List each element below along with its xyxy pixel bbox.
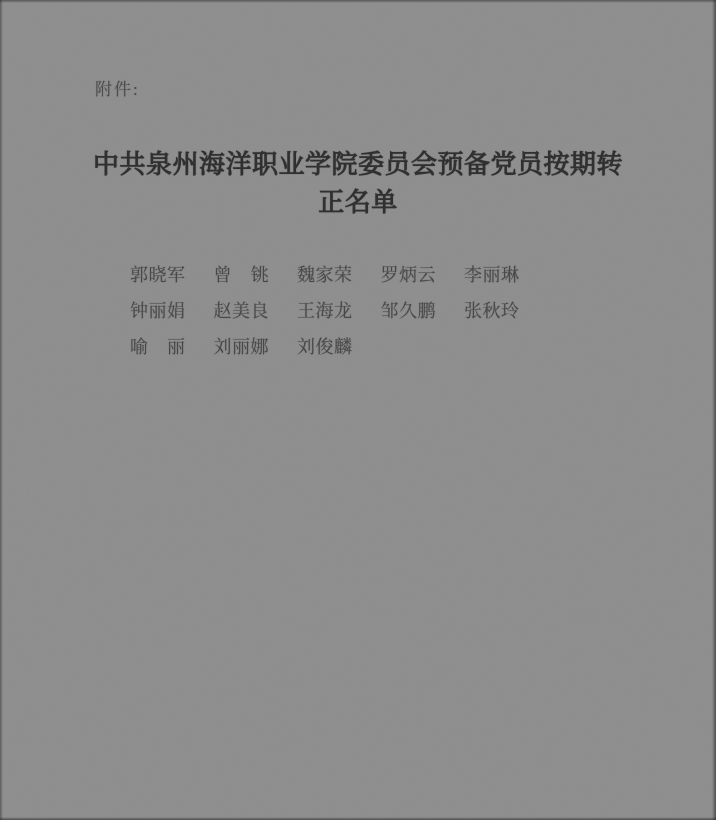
member-name: 钟丽娟 bbox=[130, 297, 186, 323]
document-page: 附件: 中共泉州海洋职业学院委员会预备党员按期转 正名单 郭晓军 曾 铫 魏家荣… bbox=[0, 0, 716, 820]
name-row: 喻 丽 刘丽娜 刘俊麟 bbox=[130, 328, 548, 364]
name-row: 郭晓军 曾 铫 魏家荣 罗炳云 李丽琳 bbox=[130, 256, 548, 292]
member-name: 邹久鹏 bbox=[381, 297, 437, 323]
member-name: 罗炳云 bbox=[381, 261, 437, 287]
attachment-label: 附件: bbox=[95, 79, 140, 100]
name-row: 钟丽娟 赵美良 王海龙 邹久鹏 张秋玲 bbox=[130, 292, 548, 328]
scan-edge-left bbox=[0, 0, 3, 820]
member-name: 赵美良 bbox=[214, 297, 270, 323]
document-title: 中共泉州海洋职业学院委员会预备党员按期转 正名单 bbox=[0, 146, 716, 222]
scan-edge-right bbox=[712, 0, 716, 820]
member-name: 郭晓军 bbox=[130, 261, 186, 287]
member-name: 王海龙 bbox=[297, 297, 353, 323]
scan-edge-top bbox=[0, 0, 716, 3]
member-name: 刘俊麟 bbox=[297, 333, 353, 359]
member-name: 喻 丽 bbox=[130, 333, 186, 359]
member-name: 李丽琳 bbox=[464, 261, 520, 287]
document-title-line-2: 正名单 bbox=[0, 184, 716, 222]
member-name: 曾 铫 bbox=[214, 261, 270, 287]
name-list: 郭晓军 曾 铫 魏家荣 罗炳云 李丽琳 钟丽娟 赵美良 王海龙 邹久鹏 张秋玲 … bbox=[130, 256, 548, 364]
member-name: 张秋玲 bbox=[464, 297, 520, 323]
document-title-line-1: 中共泉州海洋职业学院委员会预备党员按期转 bbox=[0, 146, 716, 184]
member-name: 刘丽娜 bbox=[214, 333, 270, 359]
scan-noise-overlay bbox=[0, 0, 716, 820]
member-name: 魏家荣 bbox=[297, 261, 353, 287]
